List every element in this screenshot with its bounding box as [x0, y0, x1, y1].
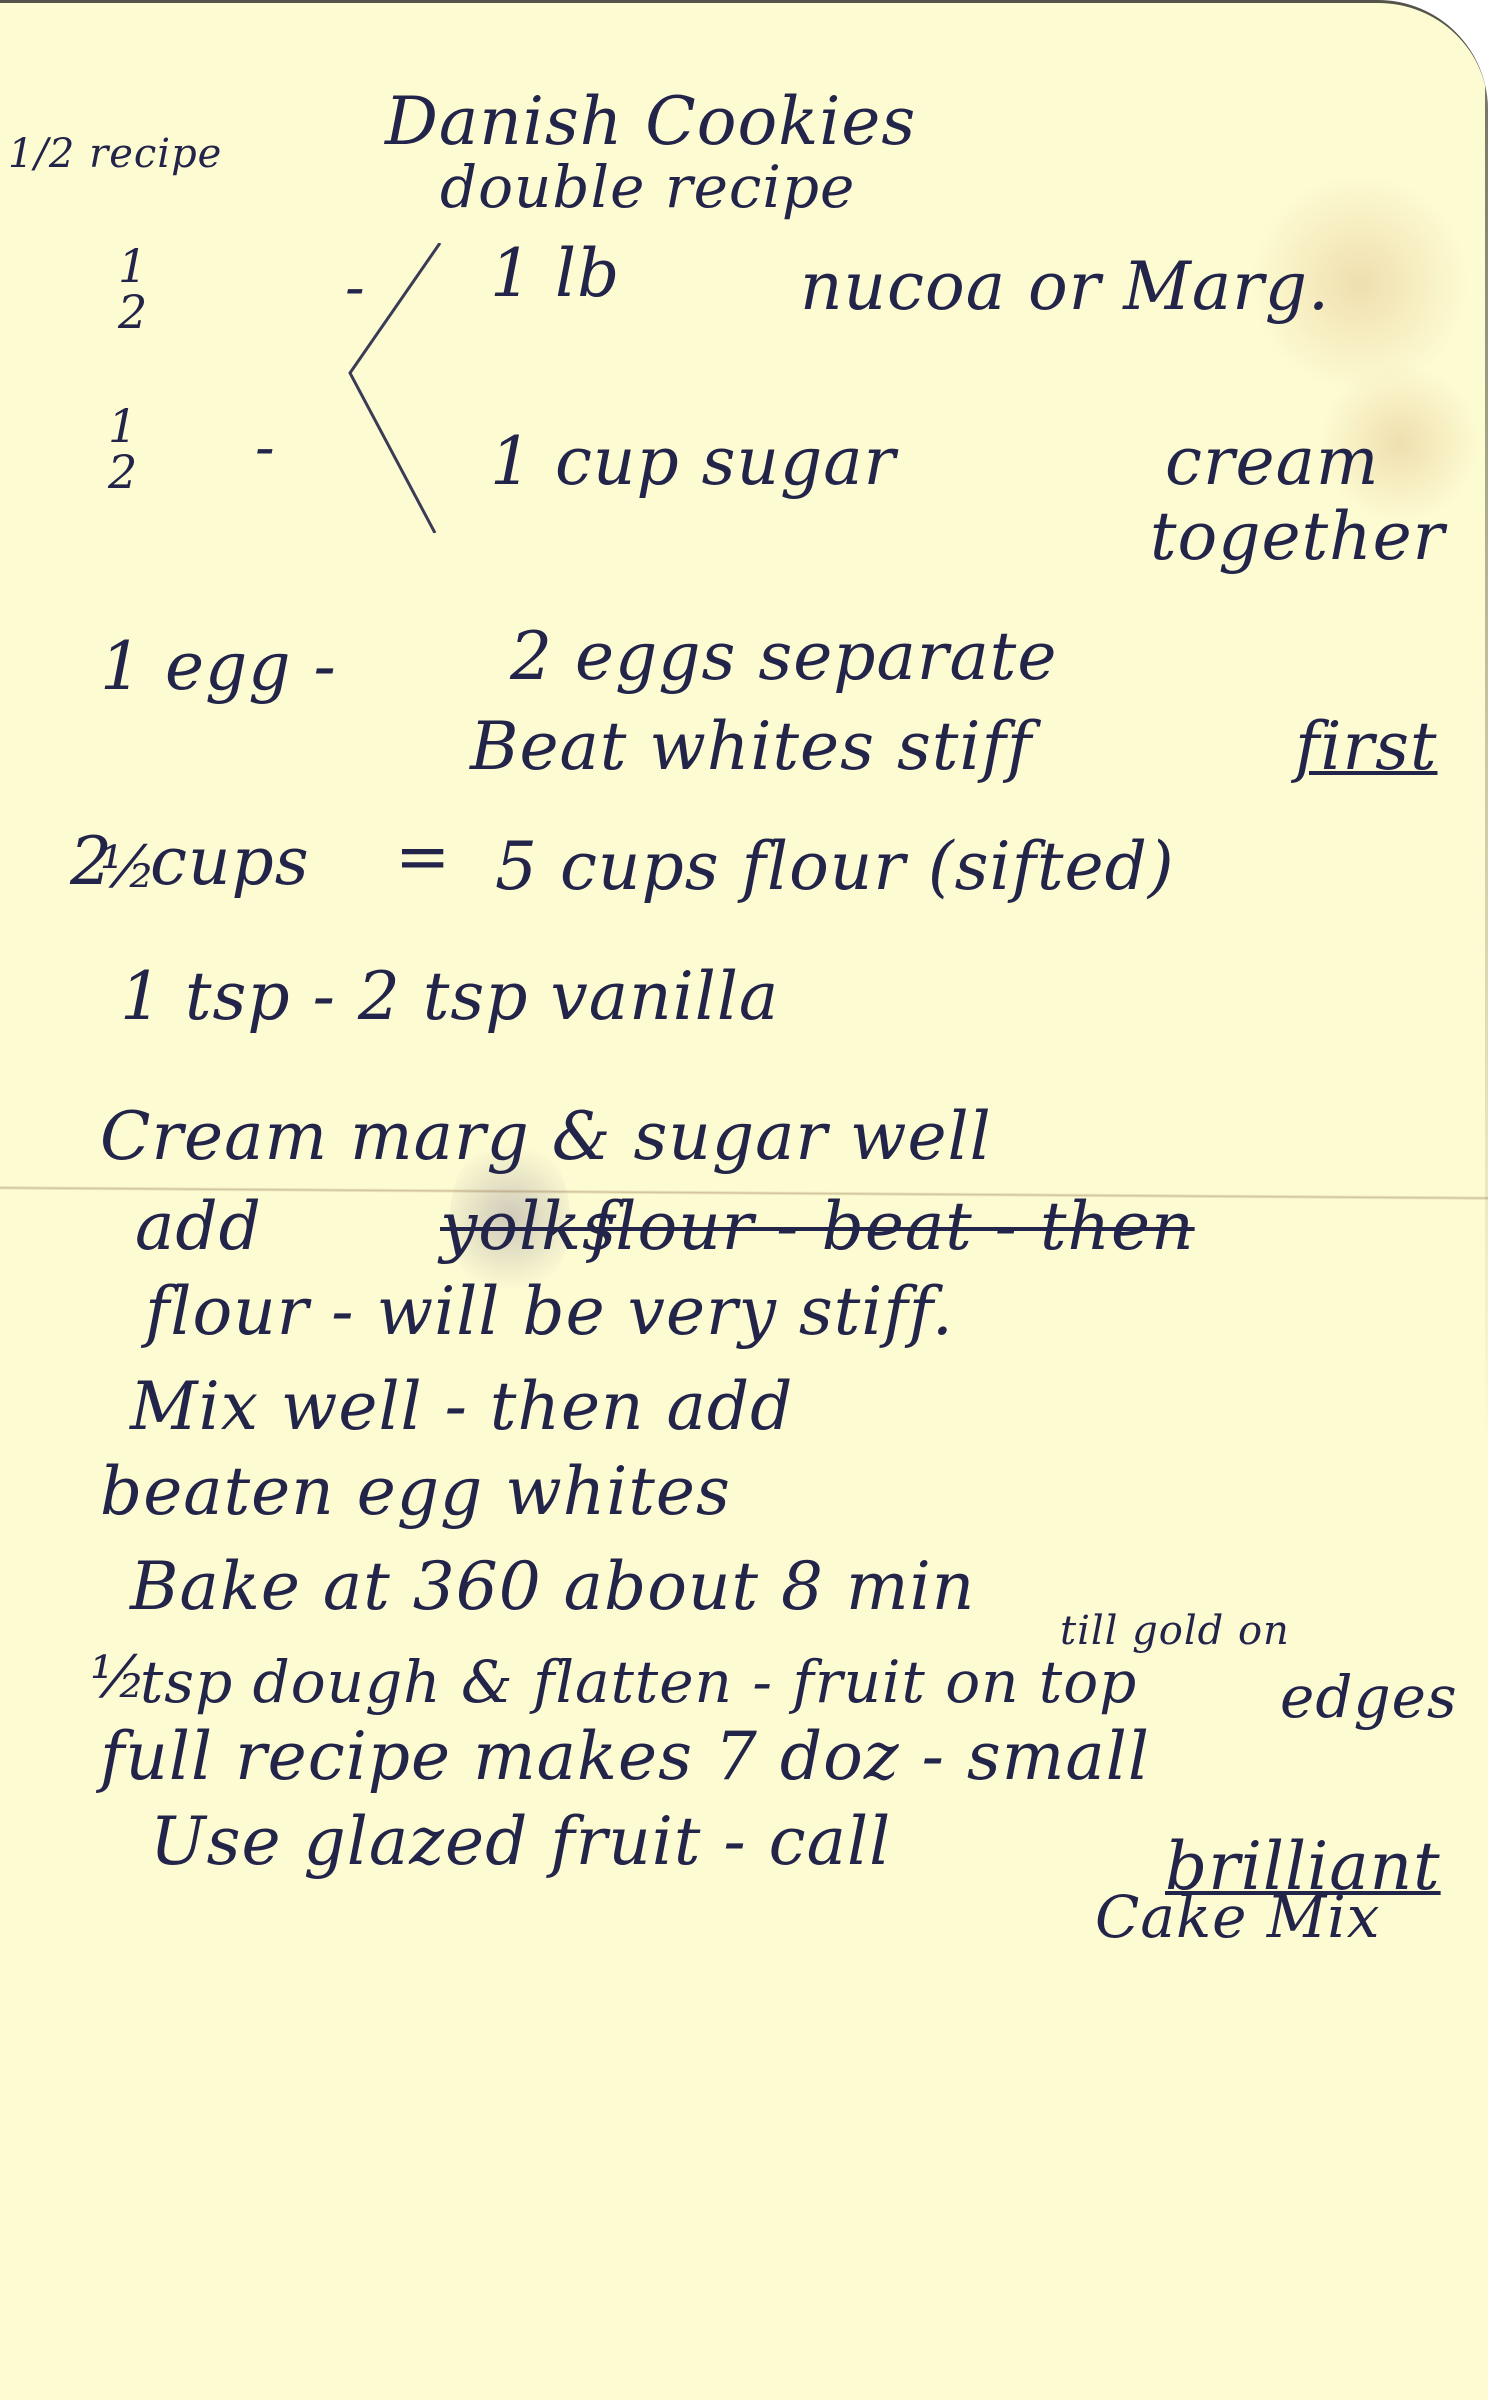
dash: - — [255, 413, 276, 481]
yield-line: full recipe makes 7 doz - small — [100, 1718, 1150, 1795]
cream-word: cream — [1165, 423, 1380, 500]
instruction-line: flour - will be very stiff. — [145, 1273, 954, 1350]
vanilla-line: 1 tsp - 2 tsp vanilla — [120, 958, 779, 1035]
half-qty-marg: 12 — [118, 243, 148, 335]
half-qty-egg: 1 egg - — [100, 628, 337, 705]
recipe-card: Danish Cookies 1/2 recipe double recipe … — [0, 0, 1488, 2400]
recipe-title: Danish Cookies — [385, 83, 916, 160]
half-qty-flour-frac: ½ — [100, 833, 157, 901]
egg-line: 2 eggs separate — [510, 618, 1057, 695]
egg-note: Beat whites stiff — [470, 708, 1032, 785]
instruction-line: add — [135, 1188, 262, 1265]
fruit-line: Use glazed fruit - call — [150, 1803, 891, 1880]
half-qty-sugar: 12 — [108, 403, 138, 495]
together-word: together — [1150, 498, 1445, 575]
instruction-line: beaten egg whites — [100, 1453, 731, 1530]
marg-quantity: 1 lb — [490, 235, 620, 312]
half-recipe-header: 1/2 recipe — [8, 131, 222, 177]
marg-name: nucoa or Marg. — [800, 248, 1330, 325]
cake-mix-line: Cake Mix — [1095, 1883, 1381, 1951]
flour-separator: = — [395, 818, 451, 895]
double-recipe-header: double recipe — [440, 153, 855, 221]
crossed-out-text: flour - beat - then — [590, 1188, 1195, 1265]
egg-note-first: first — [1295, 708, 1437, 785]
instruction-line: Mix well - then add — [130, 1368, 793, 1445]
flour-line: 5 cups flour (sifted) — [495, 828, 1175, 905]
bake-line-frac: ½ — [90, 1643, 147, 1711]
bake-line: Bake at 360 about 8 min — [130, 1548, 975, 1625]
bracket-line — [345, 243, 445, 533]
bake-line-edges: edges — [1280, 1663, 1458, 1731]
instruction-line: Cream marg & sugar well — [100, 1098, 992, 1175]
sugar-line: 1 cup sugar — [490, 423, 896, 500]
bake-line: tsp dough & flatten - fruit on top — [140, 1648, 1137, 1716]
half-qty-flour-unit: cups — [150, 823, 310, 900]
